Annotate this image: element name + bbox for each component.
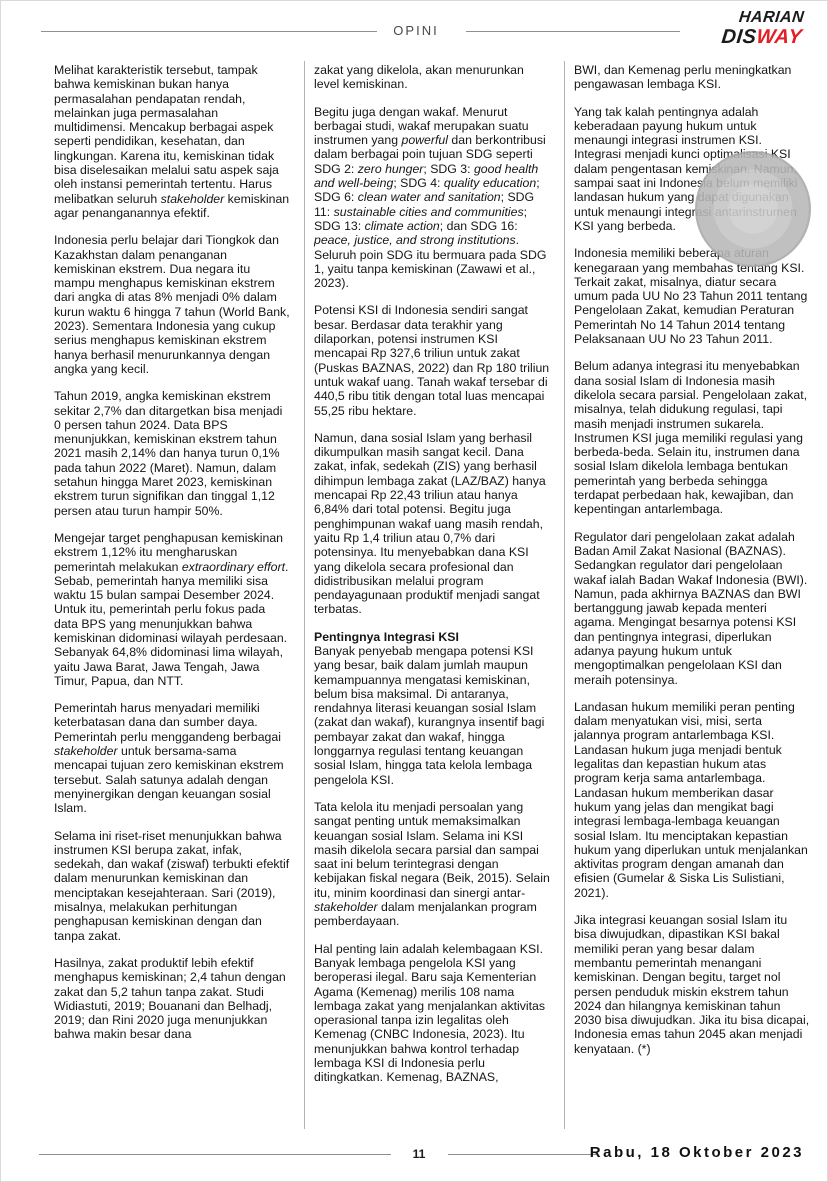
paragraph: BWI, dan Kemenag perlu meningkatkan peng… <box>574 63 811 92</box>
footer-rule-left <box>39 1154 391 1155</box>
column-divider <box>304 61 305 1129</box>
article-column-2: zakat yang dikelola, akan menurunkan lev… <box>314 63 551 1135</box>
paragraph: Indonesia memiliki beberapa aturan keneg… <box>574 246 811 346</box>
paragraph: Mengejar target penghapusan kemiskinan e… <box>54 531 291 688</box>
page-number: 11 <box>399 1147 439 1161</box>
paragraph: Pemerintah harus menyadari memiliki kete… <box>54 701 291 815</box>
footer-rule-mid <box>448 1154 596 1155</box>
paragraph: Hal penting lain adalah kelembagaan KSI.… <box>314 942 551 1085</box>
paragraph: Indonesia perlu belajar dari Tiongkok da… <box>54 233 291 376</box>
newspaper-page: OPINI HARIAN DISWAY Melihat karakteristi… <box>0 0 828 1182</box>
subheading-pentingnya-integrasi-ksi: Pentingnya Integrasi KSI <box>314 630 551 644</box>
section-title: OPINI <box>361 23 471 38</box>
column-divider <box>564 61 565 1129</box>
paragraph: Belum adanya integrasi itu menyebabkan d… <box>574 359 811 516</box>
paragraph: Banyak penyebab mengapa potensi KSI yang… <box>314 644 551 787</box>
harian-disway-logo: HARIAN DISWAY <box>671 10 805 47</box>
logo-line2: DISWAY <box>671 27 803 47</box>
paragraph: Regulator dari pengelolaan zakat adalah … <box>574 530 811 687</box>
article-column-1: Melihat karakteristik tersebut, tampak b… <box>54 63 291 1135</box>
paragraph: Tahun 2019, angka kemiskinan ekstrem sek… <box>54 389 291 518</box>
paragraph: Selama ini riset-riset menunjukkan bahwa… <box>54 829 291 943</box>
paragraph: Hasilnya, zakat produktif lebih efektif … <box>54 956 291 1042</box>
article-column-3: BWI, dan Kemenag perlu meningkatkan peng… <box>574 63 811 1135</box>
header-rule-left <box>41 31 377 32</box>
logo-line2-black: DIS <box>721 26 758 48</box>
issue-date: Rabu, 18 Oktober 2023 <box>590 1144 804 1161</box>
paragraph: Melihat karakteristik tersebut, tampak b… <box>54 63 291 220</box>
paragraph: Potensi KSI di Indonesia sendiri sangat … <box>314 303 551 417</box>
paragraph: Begitu juga dengan wakaf. Menurut berbag… <box>314 105 551 291</box>
paragraph: Tata kelola itu menjadi persoalan yang s… <box>314 800 551 929</box>
logo-line1: HARIAN <box>673 10 805 26</box>
paragraph: zakat yang dikelola, akan menurunkan lev… <box>314 63 551 92</box>
paragraph: Yang tak kalah pentingnya adalah keberad… <box>574 105 811 234</box>
header-rule-right <box>466 31 680 32</box>
paragraph: Namun, dana sosial Islam yang berhasil d… <box>314 431 551 617</box>
paragraph: Jika integrasi keuangan sosial Islam itu… <box>574 913 811 1056</box>
logo-line2-red: WAY <box>755 26 803 48</box>
paragraph: Landasan hukum memiliki peran penting da… <box>574 700 811 900</box>
